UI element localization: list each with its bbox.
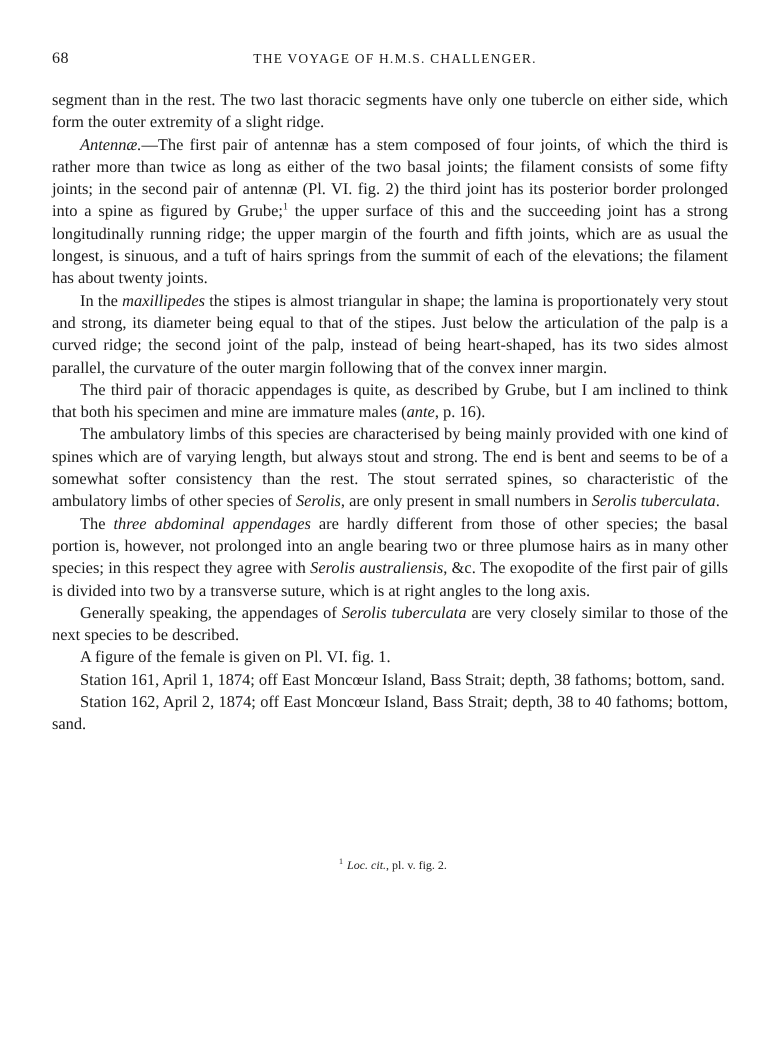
text-segment: . xyxy=(716,491,720,510)
running-title: THE VOYAGE OF H.M.S. CHALLENGER. xyxy=(52,48,728,70)
footnote-mark: 1 xyxy=(339,857,343,866)
footnote-citation-rest: , pl. v. fig. 2. xyxy=(386,858,447,872)
paragraph-generally-speaking: Generally speaking, the appendages of Se… xyxy=(52,602,728,647)
italic-species: Serolis tuberculata xyxy=(592,491,716,510)
text-segment: Station 161, April 1, 1874; off East Mon… xyxy=(80,670,725,689)
paragraph-figure-reference: A figure of the female is given on Pl. V… xyxy=(52,646,728,668)
italic-term: ante xyxy=(407,402,435,421)
italic-term: maxillipedes xyxy=(122,291,205,310)
italic-genus: Serolis xyxy=(296,491,341,510)
text-segment: Generally speaking, the appendages of xyxy=(80,603,342,622)
text-segment: , p. 16). xyxy=(435,402,486,421)
italic-term: three abdominal appendages xyxy=(113,514,310,533)
footnote: 1Loc. cit., pl. v. fig. 2. xyxy=(0,856,776,874)
paragraph-antennae: Antennæ.—The first pair of antennæ has a… xyxy=(52,134,728,290)
text-segment: The xyxy=(80,514,113,533)
text-segment: A figure of the female is given on Pl. V… xyxy=(80,647,391,666)
italic-species: Serolis tuberculata xyxy=(342,603,467,622)
document-page: 68 THE VOYAGE OF H.M.S. CHALLENGER. segm… xyxy=(0,0,776,1050)
text-segment: segment than in the rest. The two last t… xyxy=(52,90,728,131)
running-head: 68 THE VOYAGE OF H.M.S. CHALLENGER. xyxy=(52,48,728,70)
paragraph-maxillipedes: In the maxillipedes the stipes is almost… xyxy=(52,290,728,379)
footnote-citation-italic: Loc. cit. xyxy=(347,858,386,872)
text-segment: Station 162, April 2, 1874; off East Mon… xyxy=(52,692,728,733)
paragraph-thoracic-appendages: The third pair of thoracic appendages is… xyxy=(52,379,728,424)
italic-species: Serolis australiensis xyxy=(310,558,443,577)
paragraph-ambulatory-limbs: The ambulatory limbs of this species are… xyxy=(52,423,728,512)
text-segment: In the xyxy=(80,291,122,310)
text-segment: , are only present in small numbers in xyxy=(341,491,592,510)
paragraph-station-161: Station 161, April 1, 1874; off East Mon… xyxy=(52,669,728,691)
italic-heading-antennae: Antennæ. xyxy=(80,135,141,154)
paragraph-station-162: Station 162, April 2, 1874; off East Mon… xyxy=(52,691,728,736)
paragraph-abdominal-appendages: The three abdominal appendages are hardl… xyxy=(52,513,728,602)
paragraph-continued: segment than in the rest. The two last t… xyxy=(52,89,728,134)
text-segment: The third pair of thoracic appendages is… xyxy=(52,380,728,421)
body-text: segment than in the rest. The two last t… xyxy=(52,89,728,736)
